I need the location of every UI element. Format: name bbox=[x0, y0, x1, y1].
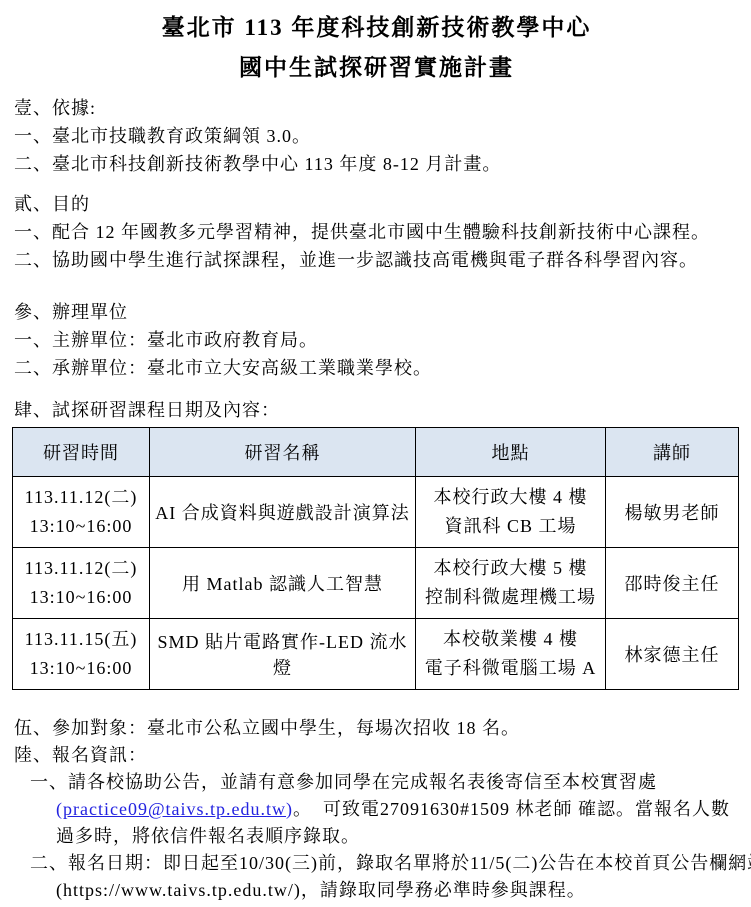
signup-item1-line2: (practice09@taivs.tp.edu.tw)。 可致電2709163… bbox=[14, 796, 739, 823]
cell-location-line1: 本校行政大樓 5 樓 bbox=[418, 554, 603, 583]
signup-item2-line1: 二、報名日期：即日起至10/30(三)前，錄取名單將於11/5(二)公告在本校首… bbox=[14, 850, 739, 877]
cell-lecturer: 林家德主任 bbox=[606, 619, 739, 690]
doc-title-line2: 國中生試探研習實施計畫 bbox=[14, 48, 739, 88]
table-row: 113.11.12(二) 13:10~16:00 AI 合成資料與遊戲設計演算法… bbox=[13, 477, 739, 548]
cell-time: 113.11.15(五) 13:10~16:00 bbox=[13, 619, 150, 690]
cell-time: 113.11.12(二) 13:10~16:00 bbox=[13, 548, 150, 619]
cell-location-line2: 資訊科 CB 工場 bbox=[418, 512, 603, 541]
cell-location-line2: 電子科微電腦工場 A bbox=[418, 654, 603, 683]
cell-lecturer: 楊敏男老師 bbox=[606, 477, 739, 548]
col-header-time: 研習時間 bbox=[13, 428, 150, 477]
cell-time-date: 113.11.12(二) bbox=[15, 483, 147, 512]
cell-time-hours: 13:10~16:00 bbox=[15, 583, 147, 612]
organizers-heading: 參、辦理單位 bbox=[14, 298, 739, 326]
email-link[interactable]: practice09@taivs.tp.edu.tw bbox=[63, 799, 286, 819]
cell-time: 113.11.12(二) 13:10~16:00 bbox=[13, 477, 150, 548]
doc-title: 臺北市 113 年度科技創新技術教學中心 國中生試探研習實施計畫 bbox=[14, 8, 739, 88]
signup-item1-line2-rest: 。 可致電27091630#1509 林老師 確認。當報名人數 bbox=[293, 799, 730, 819]
section-organizers: 參、辦理單位 一、主辦單位：臺北市政府教育局。 二、承辦單位：臺北市立大安高級工… bbox=[14, 298, 739, 382]
table-row: 113.11.15(五) 13:10~16:00 SMD 貼片電路實作-LED … bbox=[13, 619, 739, 690]
cell-lecturer: 邵時俊主任 bbox=[606, 548, 739, 619]
cell-time-date: 113.11.12(二) bbox=[15, 554, 147, 583]
table-header-row: 研習時間 研習名稱 地點 講師 bbox=[13, 428, 739, 477]
signup-item1-line1: 一、請各校協助公告，並請有意參加同學在完成報名表後寄信至本校實習處 bbox=[14, 769, 739, 796]
signup-heading: 陸、報名資訊： bbox=[14, 742, 739, 769]
basis-heading: 壹、依據: bbox=[14, 94, 739, 122]
organizers-item-2: 二、承辦單位：臺北市立大安高級工業職業學校。 bbox=[14, 354, 739, 382]
purpose-heading: 貳、目的 bbox=[14, 190, 739, 218]
basis-item-2: 二、臺北市科技創新技術教學中心 113 年度 8-12 月計畫。 bbox=[14, 150, 739, 178]
cell-time-date: 113.11.15(五) bbox=[15, 625, 147, 654]
purpose-item-2: 二、協助國中學生進行試探課程，並進一步認識技高電機與電子群各科學習內容。 bbox=[14, 246, 739, 274]
cell-time-hours: 13:10~16:00 bbox=[15, 654, 147, 683]
doc-title-line1: 臺北市 113 年度科技創新技術教學中心 bbox=[14, 8, 739, 48]
col-header-course-name: 研習名稱 bbox=[150, 428, 416, 477]
cell-location-line1: 本校敬業樓 4 樓 bbox=[418, 625, 603, 654]
organizers-item-1: 一、主辦單位：臺北市政府教育局。 bbox=[14, 326, 739, 354]
cell-course-name: SMD 貼片電路實作-LED 流水燈 bbox=[150, 619, 416, 690]
col-header-location: 地點 bbox=[416, 428, 606, 477]
schedule-heading: 肆、試探研習課程日期及內容： bbox=[14, 396, 739, 424]
cell-time-hours: 13:10~16:00 bbox=[15, 512, 147, 541]
section-purpose: 貳、目的 一、配合 12 年國教多元學習精神，提供臺北市國中生體驗科技創新技術中… bbox=[14, 190, 739, 274]
cell-course-name: AI 合成資料與遊戲設計演算法 bbox=[150, 477, 416, 548]
participants-line: 伍、參加對象：臺北市公私立國中學生，每場次招收 18 名。 bbox=[14, 714, 739, 742]
schedule-table: 研習時間 研習名稱 地點 講師 113.11.12(二) 13:10~16:00… bbox=[12, 427, 739, 690]
cell-location-line2: 控制科微處理機工場 bbox=[418, 583, 603, 612]
signup-item2-line2: (https://www.taivs.tp.edu.tw/)，請錄取同學務必準時… bbox=[14, 877, 739, 904]
cell-location: 本校行政大樓 5 樓 控制科微處理機工場 bbox=[416, 548, 606, 619]
cell-location: 本校敬業樓 4 樓 電子科微電腦工場 A bbox=[416, 619, 606, 690]
table-row: 113.11.12(二) 13:10~16:00 用 Matlab 認識人工智慧… bbox=[13, 548, 739, 619]
document-page: 臺北市 113 年度科技創新技術教學中心 國中生試探研習實施計畫 壹、依據: 一… bbox=[0, 0, 751, 907]
email-paren-open: ( bbox=[56, 799, 63, 819]
purpose-item-1: 一、配合 12 年國教多元學習精神，提供臺北市國中生體驗科技創新技術中心課程。 bbox=[14, 218, 739, 246]
cell-course-name: 用 Matlab 認識人工智慧 bbox=[150, 548, 416, 619]
email-paren-close: ) bbox=[286, 799, 293, 819]
cell-location-line1: 本校行政大樓 4 樓 bbox=[418, 483, 603, 512]
section-basis: 壹、依據: 一、臺北市技職教育政策綱領 3.0。 二、臺北市科技創新技術教學中心… bbox=[14, 94, 739, 178]
cell-location: 本校行政大樓 4 樓 資訊科 CB 工場 bbox=[416, 477, 606, 548]
signup-item1-line3: 過多時，將依信件報名表順序錄取。 bbox=[14, 823, 739, 850]
col-header-lecturer: 講師 bbox=[606, 428, 739, 477]
basis-item-1: 一、臺北市技職教育政策綱領 3.0。 bbox=[14, 122, 739, 150]
